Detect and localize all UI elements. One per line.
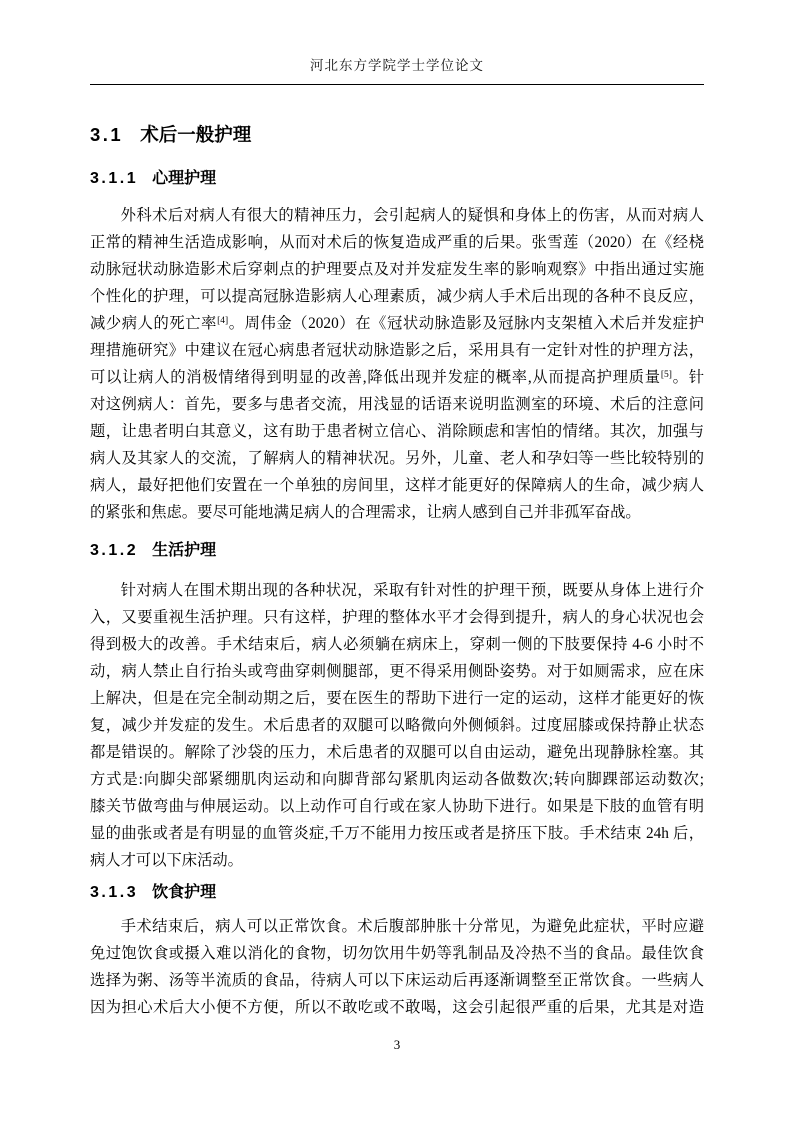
text-line: 上解决，但是在完全制动期之后，要在医生的帮助下进行一定的运动，这样才能更好的恢: [90, 685, 704, 712]
thesis-page: 河北东方学院学士学位论文 3.1术后一般护理 3.1.1心理护理 外科术后对病人…: [0, 0, 793, 1122]
text-line: 的紧张和焦虑。要尽可能地满足病人的合理需求，让病人感到自己并非孤军奋战。: [90, 499, 704, 526]
text-line: 外科术后对病人有很大的精神压力，会引起病人的疑惧和身体上的伤害，从而对病人: [90, 202, 704, 229]
text-line: 题，让患者明白其意义，这有助于患者树立信心、消除顾虑和害怕的情绪。其次，加强与: [90, 418, 704, 445]
text-line: 理措施研究》中建议在冠心病患者冠状动脉造影之后，采用具有一定针对性的护理方法，: [90, 337, 704, 364]
text-line: 病人及其家人的交流，了解病人的精神状况。另外，儿童、老人和孕妇等一些比较特别的: [90, 445, 704, 472]
text-line: 膝关节做弯曲与伸展运动。以上动作可自行或在家人协助下进行。如果是下肢的血管有明: [90, 793, 704, 820]
text-line: 针对病人在围术期出现的各种状况，采取有针对性的护理干预，既要从身体上进行介: [90, 577, 704, 604]
text-line: 免过饱饮食或摄入难以消化的食物，切勿饮用牛奶等乳制品及冷热不当的食品。最佳饮食: [90, 940, 704, 967]
text-line: 得到极大的改善。手术结束后，病人必须躺在病床上，穿刺一侧的下肢要保持 4-6 小…: [90, 631, 704, 658]
page-header: 河北东方学院学士学位论文: [90, 0, 704, 85]
page-number: 3: [394, 1037, 401, 1052]
text-line: 都是错误的。解除了沙袋的压力，术后患者的双腿可以自由运动，避免出现静脉栓塞。其: [90, 739, 704, 766]
citation-ref: [4]: [217, 316, 228, 326]
paragraph-diet-care: 手术结束后，病人可以正常饮食。术后腹部肿胀十分常见，为避免此症状，平时应避免过饱…: [90, 913, 704, 1021]
section-number: 3.1.3: [90, 884, 138, 901]
text-line: 减少病人的死亡率[4]。周伟金（2020）在《冠状动脉造影及冠脉内支架植入术后并…: [90, 310, 704, 337]
section-heading-3-1-2: 3.1.2生活护理: [90, 540, 704, 562]
text-line: 正常的精神生活造成影响，从而对术后的恢复造成严重的后果。张雪莲（2020）在《经…: [90, 229, 704, 256]
text-line: 个性化的护理，可以提高冠脉造影病人心理素质，减少病人手术后出现的各种不良反应，: [90, 283, 704, 310]
text-line: 手术结束后，病人可以正常饮食。术后腹部肿胀十分常见，为避免此症状，平时应避: [90, 913, 704, 940]
section-title: 术后一般护理: [140, 124, 251, 145]
section-heading-3-1-3: 3.1.3饮食护理: [90, 882, 704, 904]
section-heading-3-1-1: 3.1.1心理护理: [90, 168, 704, 190]
page-footer: 3: [90, 1037, 704, 1053]
text-line: 选择为粥、汤等半流质的食品，待病人可以下床运动后再逐渐调整至正常饮食。一些病人: [90, 967, 704, 994]
section-heading-3-1: 3.1术后一般护理: [90, 122, 704, 148]
header-title: 河北东方学院学士学位论文: [310, 58, 484, 73]
text-line: 对这例病人：首先，要多与患者交流，用浅显的话语来说明监测室的环境、术后的注意问: [90, 391, 704, 418]
section-number: 3.1.2: [90, 542, 138, 559]
section-title: 饮食护理: [152, 884, 216, 901]
section-number: 3.1.1: [90, 170, 138, 187]
section-number: 3.1: [90, 124, 123, 145]
text-line: 因为担心术后大小便不方便，所以不敢吃或不敢喝，这会引起很严重的后果，尤其是对造: [90, 994, 704, 1021]
text-line: 复，减少并发症的发生。术后患者的双腿可以略微向外侧倾斜。过度屈膝或保持静止状态: [90, 712, 704, 739]
text-line: 显的曲张或者是有明显的血管炎症,千万不能用力按压或者是挤压下肢。手术结束 24h…: [90, 820, 704, 847]
text-line: 病人才可以下床活动。: [90, 847, 704, 874]
text-line: 动脉冠状动脉造影术后穿刺点的护理要点及对并发症发生率的影响观察》中指出通过实施: [90, 256, 704, 283]
paragraph-psychological-care: 外科术后对病人有很大的精神压力，会引起病人的疑惧和身体上的伤害，从而对病人正常的…: [90, 202, 704, 526]
citation-ref: [5]: [661, 370, 672, 380]
text-line: 入，又要重视生活护理。只有这样，护理的整体水平才会得到提升，病人的身心状况也会: [90, 604, 704, 631]
text-line: 病人，最好把他们安置在一个单独的房间里，这样才能更好的保障病人的生命，减少病人: [90, 472, 704, 499]
paragraph-life-care: 针对病人在围术期出现的各种状况，采取有针对性的护理干预，既要从身体上进行介入，又…: [90, 577, 704, 874]
section-title: 生活护理: [152, 542, 216, 559]
text-line: 动，病人禁止自行抬头或弯曲穿刺侧腿部，更不得采用侧卧姿势。对于如厕需求，应在床: [90, 658, 704, 685]
text-line: 方式是:向脚尖部紧绷肌肉运动和向脚背部勾紧肌肉运动各做数次;转向脚踝部运动数次;: [90, 766, 704, 793]
section-title: 心理护理: [152, 170, 216, 187]
text-line: 可以让病人的消极情绪得到明显的改善,降低出现并发症的概率,从而提高护理质量[5]…: [90, 364, 704, 391]
